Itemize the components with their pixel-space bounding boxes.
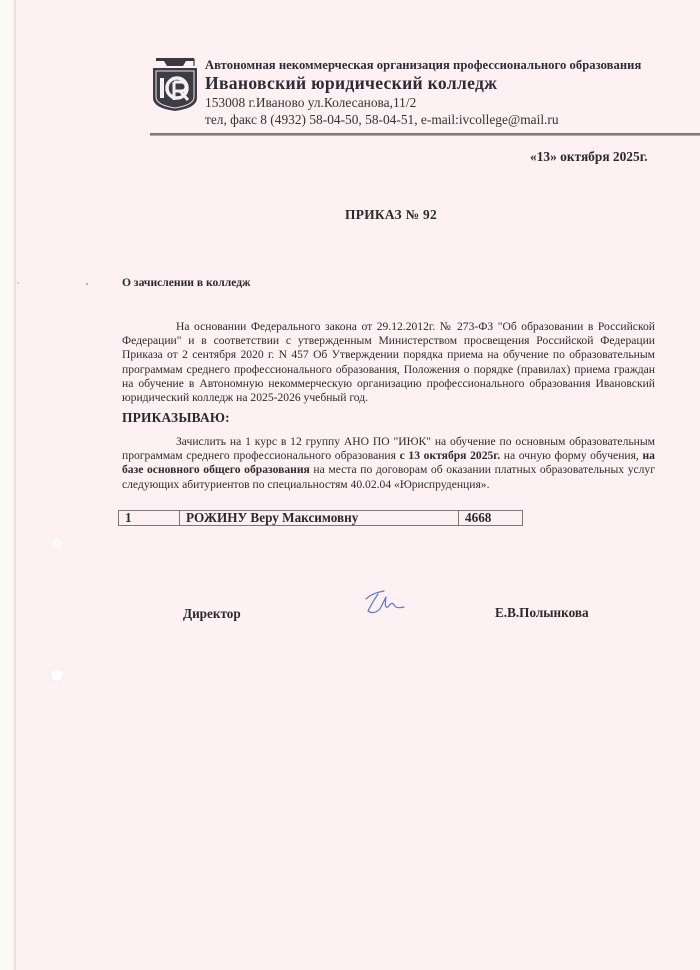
directive-text-2: на очную форму обучения, bbox=[500, 449, 642, 462]
orders-heading: ПРИКАЗЫВАЮ: bbox=[122, 410, 230, 426]
preamble-text: На основании Федерального закона от 29.1… bbox=[122, 320, 655, 404]
paper-left-edge bbox=[0, 0, 16, 970]
paper-speck bbox=[86, 283, 88, 285]
college-logo-icon bbox=[150, 54, 200, 112]
preamble-paragraph: На основании Федерального закона от 29.1… bbox=[122, 320, 655, 405]
enrollee-table: 1 РОЖИНУ Веру Максимовну 4668 bbox=[118, 510, 523, 526]
org-address: 153008 г.Иваново ул.Колесанова,11/2 bbox=[205, 95, 700, 111]
enrollee-code: 4668 bbox=[459, 511, 523, 526]
directive-paragraph: Зачислить на 1 курс в 12 группу АНО ПО "… bbox=[122, 435, 655, 492]
signatory-role: Директор bbox=[183, 606, 241, 622]
letterhead-text: Автономная некоммерческая организация пр… bbox=[205, 58, 700, 128]
org-name: Ивановский юридический колледж bbox=[205, 73, 700, 94]
document-date: «13» октября 2025г. bbox=[530, 149, 648, 165]
paper-speck bbox=[17, 282, 19, 284]
enrollee-name: РОЖИНУ Веру Максимовну bbox=[180, 511, 459, 526]
directive-start-date: с 13 октября 2025г. bbox=[400, 449, 501, 462]
order-subject: О зачислении в колледж bbox=[122, 276, 250, 289]
signatory-name: Е.В.Полынкова bbox=[495, 605, 589, 621]
enrollee-number: 1 bbox=[119, 511, 180, 526]
letterhead-divider bbox=[150, 133, 700, 136]
org-type: Автономная некоммерческая организация пр… bbox=[205, 58, 700, 73]
order-title: ПРИКАЗ № 92 bbox=[345, 207, 437, 223]
signature-icon bbox=[358, 585, 408, 617]
punch-hole-icon bbox=[50, 536, 64, 550]
punch-hole-icon bbox=[50, 668, 64, 682]
fold-line bbox=[15, 0, 16, 970]
org-contacts: тел, факс 8 (4932) 58-04-50, 58-04-51, e… bbox=[205, 112, 700, 128]
table-row: 1 РОЖИНУ Веру Максимовну 4668 bbox=[119, 511, 523, 526]
